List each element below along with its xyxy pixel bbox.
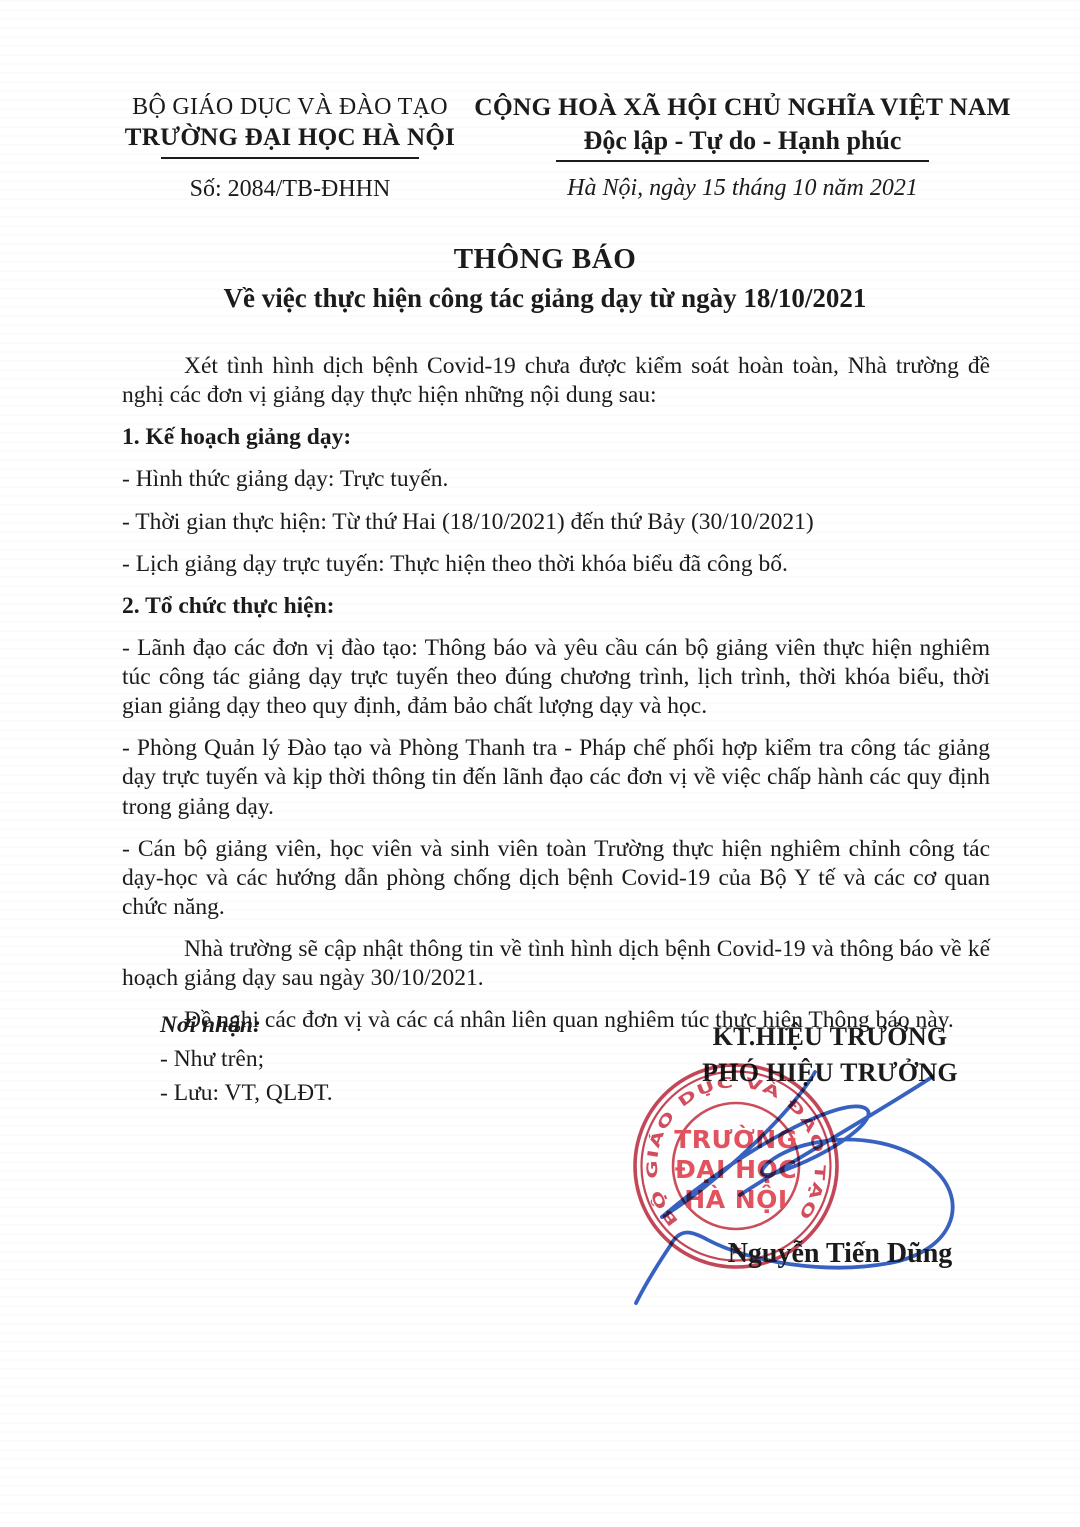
doc-title: THÔNG BÁO bbox=[80, 243, 1010, 276]
section-1-item: - Lịch giảng dạy trực tuyến: Thực hiện t… bbox=[122, 550, 990, 579]
section-2-item: - Phòng Quản lý Đào tạo và Phòng Thanh t… bbox=[122, 734, 990, 821]
issuing-org-block: BỘ GIÁO DỤC VÀ ĐÀO TẠO TRƯỜNG ĐẠI HỌC HÀ… bbox=[110, 94, 470, 203]
org-underline bbox=[161, 157, 419, 159]
recipient-item: - Lưu: VT, QLĐT. bbox=[160, 1080, 480, 1107]
place-date-line: Hà Nội, ngày 15 tháng 10 năm 2021 bbox=[470, 175, 1015, 202]
national-motto: Độc lập - Tự do - Hạnh phúc bbox=[556, 126, 930, 162]
doc-number: Số: 2084/TB-ĐHHN bbox=[110, 176, 470, 203]
section-1-heading: 1. Kế hoạch giảng dạy: bbox=[122, 423, 990, 452]
section-1-item: - Hình thức giảng dạy: Trực tuyến. bbox=[122, 465, 990, 494]
document-body: Xét tình hình dịch bệnh Covid-19 chưa đư… bbox=[122, 352, 990, 1048]
title-block: THÔNG BÁO Về việc thực hiện công tác giả… bbox=[80, 243, 1010, 314]
closing-paragraph: Nhà trường sẽ cập nhật thông tin về tình… bbox=[122, 935, 990, 993]
document-page: BỘ GIÁO DỤC VÀ ĐÀO TẠO TRƯỜNG ĐẠI HỌC HÀ… bbox=[0, 0, 1080, 1527]
section-1-item: - Thời gian thực hiện: Từ thứ Hai (18/10… bbox=[122, 508, 990, 537]
recipient-item: - Như trên; bbox=[160, 1046, 480, 1073]
section-2-heading: 2. Tổ chức thực hiện: bbox=[122, 592, 990, 621]
signatory-role-line1: KT.HIỆU TRƯỞNG bbox=[620, 1022, 1040, 1052]
recipients-heading: Nơi nhận: bbox=[160, 1012, 480, 1039]
handwritten-signature-icon bbox=[600, 1055, 1020, 1325]
parent-org-name: BỘ GIÁO DỤC VÀ ĐÀO TẠO bbox=[110, 94, 470, 121]
org-name: TRƯỜNG ĐẠI HỌC HÀ NỘI bbox=[110, 124, 470, 152]
section-2-item: - Lãnh đạo các đơn vị đào tạo: Thông báo… bbox=[122, 634, 990, 721]
intro-paragraph: Xét tình hình dịch bệnh Covid-19 chưa đư… bbox=[122, 352, 990, 410]
signer-name: Nguyễn Tiến Dũng bbox=[640, 1238, 1040, 1270]
national-header-block: CỘNG HOÀ XÃ HỘI CHỦ NGHĨA VIỆT NAM Độc l… bbox=[470, 92, 1015, 202]
recipients-block: Nơi nhận: - Như trên; - Lưu: VT, QLĐT. bbox=[160, 1012, 480, 1107]
doc-subtitle: Về việc thực hiện công tác giảng dạy từ … bbox=[80, 283, 1010, 314]
national-name: CỘNG HOÀ XÃ HỘI CHỦ NGHĨA VIỆT NAM bbox=[470, 92, 1015, 122]
section-2-item: - Cán bộ giảng viên, học viên và sinh vi… bbox=[122, 835, 990, 922]
